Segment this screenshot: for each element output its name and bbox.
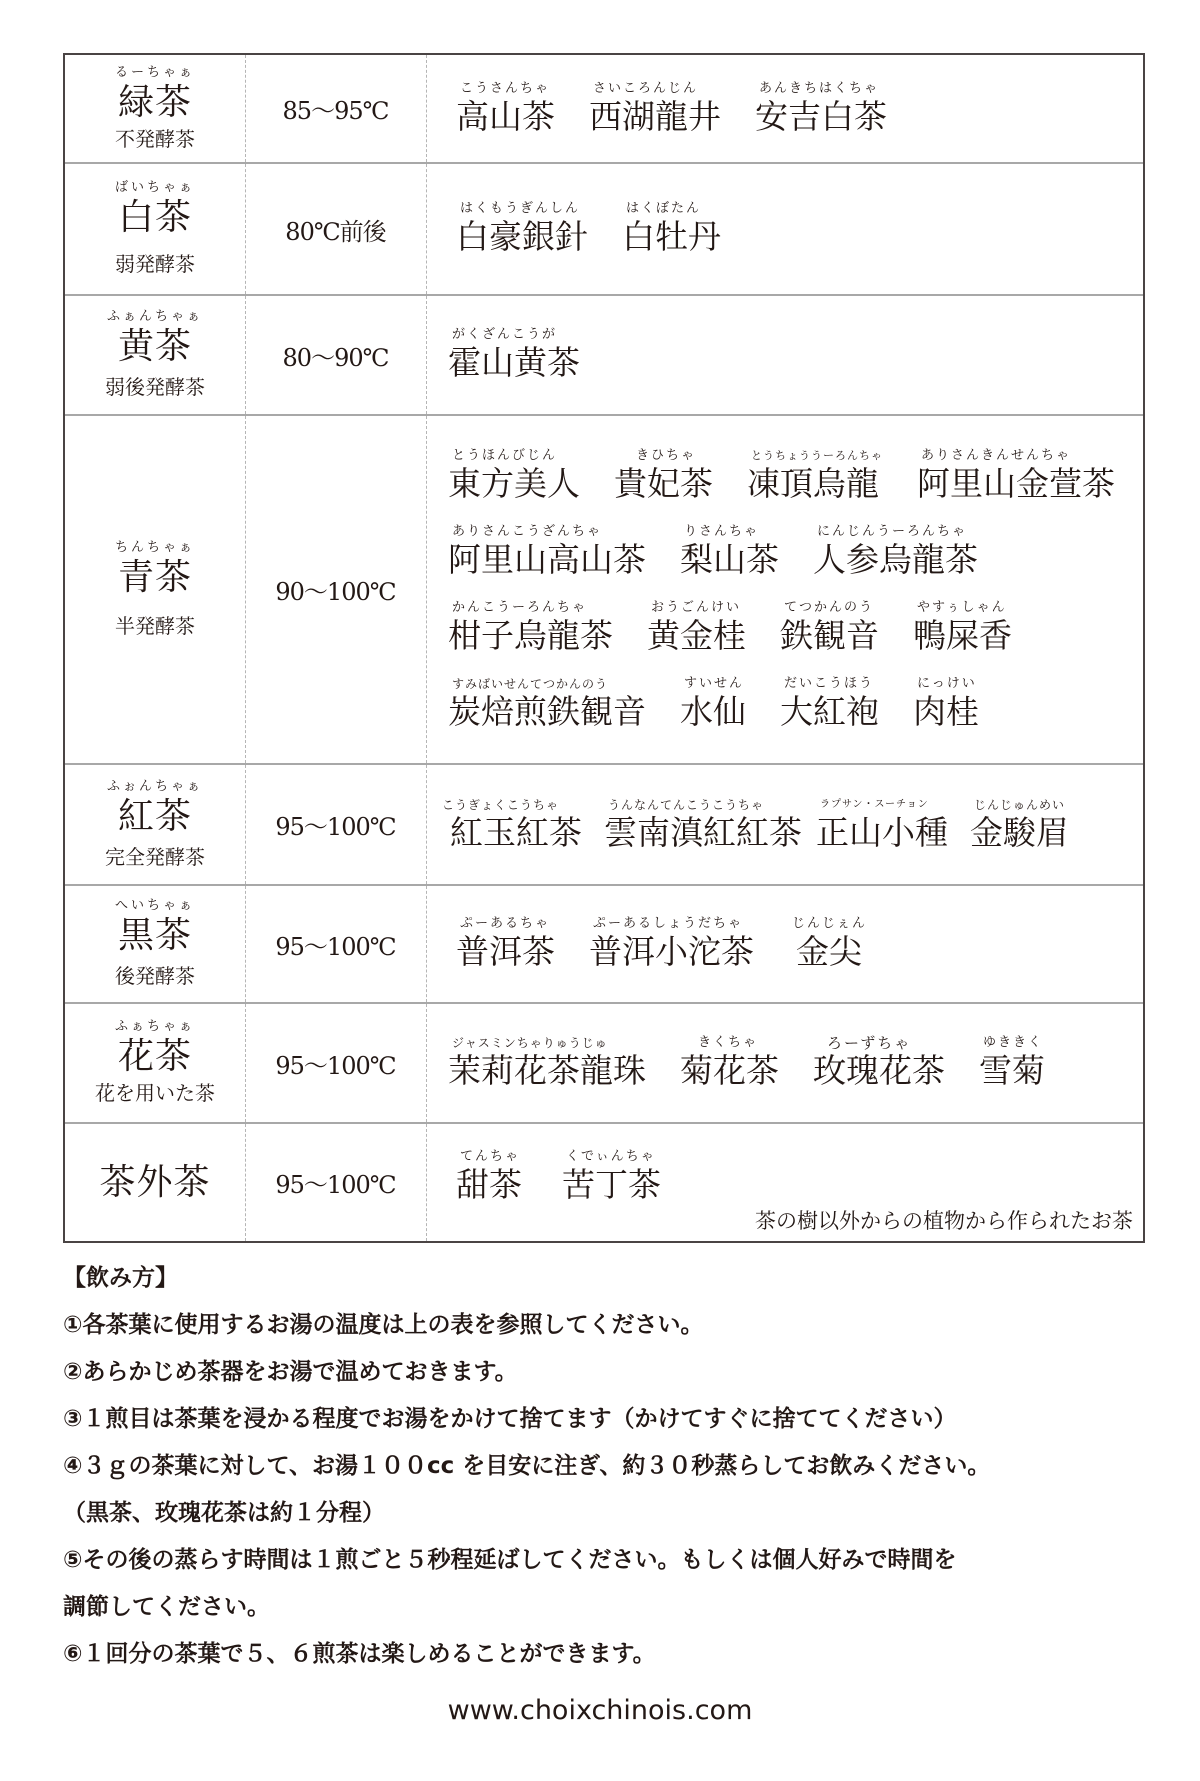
tea-item: ジャスミンちゃりゅうじゅ茉莉花茶龍珠 bbox=[448, 1035, 646, 1091]
tea-line: かんこうーろんちゃ柑子烏龍茶 おうごんけい黄金桂 てつかんのう鉄観音 やすぅしゃ… bbox=[448, 600, 1143, 656]
tea-item: じんじゅんめい金駿眉 bbox=[970, 797, 1069, 853]
tea-name: 凍頂烏龍 bbox=[747, 464, 879, 504]
category-name: 青茶 bbox=[118, 556, 192, 600]
tea-name: 雲南滇紅紅茶 bbox=[604, 813, 802, 853]
tea-item: だいこうほう大紅袍 bbox=[780, 676, 879, 732]
temperature: 95〜100℃ bbox=[245, 1004, 426, 1122]
table-row-flower-tea: ふぁちゃぁ 花茶 花を用いた茶 95〜100℃ ジャスミンちゃりゅうじゅ茉莉花茶… bbox=[65, 1004, 1143, 1124]
tea-item: きひちゃ貴妃茶 bbox=[614, 448, 713, 504]
tea-name: 正山小種 bbox=[816, 813, 948, 853]
tea-reading: じんじゅんめい bbox=[970, 797, 1065, 813]
tea-item: おうごんけい黄金桂 bbox=[647, 600, 746, 656]
tea-reading: こうぎょくこうちゃ bbox=[438, 797, 559, 813]
how-to-brew-section: 【飲み方】 ①各茶葉に使用するお湯の温度は上の表を参照してください。 ②あらかじ… bbox=[63, 1255, 1163, 1678]
tea-name: 玫瑰花茶 bbox=[813, 1051, 945, 1091]
tea-reading: きひちゃ bbox=[614, 448, 696, 464]
tea-name: 普洱小沱茶 bbox=[589, 932, 754, 972]
tea-item: すみばいせんてつかんのう炭焙煎鉄観音 bbox=[448, 676, 646, 732]
tea-reading: こうさんちゃ bbox=[456, 81, 550, 97]
how-to-step-continued: 調節してください。 bbox=[63, 1584, 1163, 1631]
category-name: 黒茶 bbox=[118, 914, 192, 958]
category-reading: へいちゃぁ bbox=[115, 898, 195, 914]
how-to-title: 【飲み方】 bbox=[63, 1255, 1163, 1302]
temperature: 95〜100℃ bbox=[245, 886, 426, 1002]
tea-name: 金駿眉 bbox=[970, 813, 1069, 853]
temperature: 95〜100℃ bbox=[245, 765, 426, 884]
how-to-step-note: （黒茶、玫瑰花茶は約１分程） bbox=[63, 1490, 1163, 1537]
temperature: 80℃前後 bbox=[245, 164, 426, 294]
category-reading: ふぁんちゃぁ bbox=[107, 309, 203, 325]
tea-item: ゆききく雪菊 bbox=[979, 1035, 1045, 1091]
tea-item: かんこうーろんちゃ柑子烏龍茶 bbox=[448, 600, 613, 656]
tea-line: こうぎょくこうちゃ紅玉紅茶 うんなんてんこうこうちゃ雲南滇紅紅茶 ラプサン・スー… bbox=[438, 797, 1143, 853]
tea-reading: ラプサン・スーチョン bbox=[816, 797, 929, 813]
how-to-step: ①各茶葉に使用するお湯の温度は上の表を参照してください。 bbox=[63, 1302, 1163, 1349]
tea-name: 茉莉花茶龍珠 bbox=[448, 1051, 646, 1091]
category-cell: ちんちゃぁ 青茶 半発酵茶 bbox=[65, 416, 245, 763]
category-reading: るーちゃぁ bbox=[115, 65, 195, 81]
tea-reading: うんなんてんこうこうちゃ bbox=[604, 797, 764, 813]
category-cell: 茶外茶 bbox=[65, 1124, 245, 1241]
category-cell: るーちゃぁ 緑茶 不発酵茶 bbox=[65, 55, 245, 162]
tea-name: 水仙 bbox=[680, 692, 746, 732]
tea-name: 高山茶 bbox=[456, 97, 555, 137]
tea-item: にんじんうーろんちゃ人参烏龍茶 bbox=[813, 524, 978, 580]
tea-reading: はくもうぎんしん bbox=[456, 201, 580, 217]
tea-reading: りさんちゃ bbox=[680, 524, 759, 540]
tea-name: 西湖龍井 bbox=[589, 97, 721, 137]
tea-name: 炭焙煎鉄観音 bbox=[448, 692, 646, 732]
tea-reading: やすぅしゃん bbox=[913, 600, 1007, 616]
category-cell: へいちゃぁ 黒茶 後発酵茶 bbox=[65, 886, 245, 1002]
tea-item: あんきちはくちゃ安吉白茶 bbox=[755, 81, 887, 137]
tea-reading: はくぼたん bbox=[622, 201, 701, 217]
tea-item: ぷーあるしょうだちゃ普洱小沱茶 bbox=[589, 916, 754, 972]
tea-name: 阿里山高山茶 bbox=[448, 540, 646, 580]
tea-item: ラプサン・スーチョン正山小種 bbox=[816, 797, 948, 853]
table-row-white-tea: ばいちゃぁ 白茶 弱発酵茶 80℃前後 はくもうぎんしん白豪銀針 はくぼたん白牡… bbox=[65, 164, 1143, 296]
tea-name: 金尖 bbox=[788, 932, 862, 972]
temperature: 90〜100℃ bbox=[245, 416, 426, 763]
tea-reading: ぷーあるちゃ bbox=[456, 916, 550, 932]
how-to-step: ④３ｇの茶葉に対して、お湯１００cc を目安に注ぎ、約３０秒蒸らしてお飲みくださ… bbox=[63, 1443, 1163, 1490]
table-row-yellow-tea: ふぁんちゃぁ 黄茶 弱後発酵茶 80〜90℃ がくざんこうが霍山黄茶 bbox=[65, 296, 1143, 416]
tea-line: てんちゃ甜茶 くでぃんちゃ苦丁茶 bbox=[456, 1149, 1143, 1205]
how-to-step: ⑤その後の蒸らす時間は１煎ごと５秒程延ばしてください。もしくは個人好みで時間を bbox=[63, 1537, 1163, 1584]
tea-name: 鉄観音 bbox=[780, 616, 879, 656]
tea-name: 鴨屎香 bbox=[913, 616, 1012, 656]
tea-reading: ろーずちゃ bbox=[813, 1035, 911, 1051]
table-row-oolong-tea: ちんちゃぁ 青茶 半発酵茶 90〜100℃ とうほんびじん東方美人 きひちゃ貴妃… bbox=[65, 416, 1143, 765]
tea-name: 大紅袍 bbox=[780, 692, 879, 732]
tea-name: 苦丁茶 bbox=[562, 1165, 661, 1205]
tea-reading: てつかんのう bbox=[780, 600, 874, 616]
category-name: 茶外茶 bbox=[99, 1161, 210, 1205]
tea-name: 人参烏龍茶 bbox=[813, 540, 978, 580]
tea-reading: だいこうほう bbox=[780, 676, 874, 692]
table-row-black-tea: ふぉんちゃぁ 紅茶 完全発酵茶 95〜100℃ こうぎょくこうちゃ紅玉紅茶 うん… bbox=[65, 765, 1143, 886]
tea-line: ありさんこうざんちゃ阿里山高山茶 りさんちゃ梨山茶 にんじんうーろんちゃ人参烏龍… bbox=[448, 524, 1143, 580]
tea-list: はくもうぎんしん白豪銀針 はくぼたん白牡丹 bbox=[426, 164, 1143, 294]
tea-name: 白豪銀針 bbox=[456, 217, 588, 257]
non-tea-plant-note: 茶の樹以外からの植物から作られたお茶 bbox=[755, 1205, 1133, 1235]
category-cell: ふぉんちゃぁ 紅茶 完全発酵茶 bbox=[65, 765, 245, 884]
tea-line: こうさんちゃ高山茶 さいころんじん西湖龍井 あんきちはくちゃ安吉白茶 bbox=[456, 81, 1143, 137]
table-row-green-tea: るーちゃぁ 緑茶 不発酵茶 85〜95℃ こうさんちゃ高山茶 さいころんじん西湖… bbox=[65, 55, 1143, 164]
tea-reading: にっけい bbox=[913, 676, 977, 692]
tea-item: てんちゃ甜茶 bbox=[456, 1149, 522, 1205]
website-url: www.choixchinois.com bbox=[0, 1695, 1200, 1726]
tea-reading: にんじんうーろんちゃ bbox=[813, 524, 967, 540]
tea-name: 肉桂 bbox=[913, 692, 979, 732]
tea-reading: ゆききく bbox=[979, 1035, 1043, 1051]
tea-item: とうほんびじん東方美人 bbox=[448, 448, 580, 504]
tea-item: はくぼたん白牡丹 bbox=[622, 201, 721, 257]
category-name: 紅茶 bbox=[118, 795, 192, 839]
tea-list: とうほんびじん東方美人 きひちゃ貴妃茶 とうちょううーろんちゃ凍頂烏龍 ありさん… bbox=[426, 416, 1143, 763]
tea-line: ぷーあるちゃ普洱茶 ぷーあるしょうだちゃ普洱小沱茶 じんじぇん金尖 bbox=[456, 916, 1143, 972]
tea-item: すいせん水仙 bbox=[680, 676, 746, 732]
tea-item: やすぅしゃん鴨屎香 bbox=[913, 600, 1012, 656]
tea-name: 梨山茶 bbox=[680, 540, 779, 580]
tea-reading: すみばいせんてつかんのう bbox=[448, 676, 608, 692]
table-row-non-tea-plant-tea: 茶外茶 95〜100℃ てんちゃ甜茶 くでぃんちゃ苦丁茶 茶の樹以外からの植物か… bbox=[65, 1124, 1143, 1241]
tea-name: 安吉白茶 bbox=[755, 97, 887, 137]
tea-item: ありさんこうざんちゃ阿里山高山茶 bbox=[448, 524, 646, 580]
category-name: 緑茶 bbox=[118, 81, 192, 125]
tea-name: 菊花茶 bbox=[680, 1051, 779, 1091]
tea-item: とうちょううーろんちゃ凍頂烏龍 bbox=[747, 448, 883, 504]
tea-reading: すいせん bbox=[680, 676, 744, 692]
tea-reading: ありさんこうざんちゃ bbox=[448, 524, 602, 540]
tea-reading: きくちゃ bbox=[680, 1035, 758, 1051]
category-name: 黄茶 bbox=[118, 325, 192, 369]
tea-line: がくざんこうが霍山黄茶 bbox=[448, 327, 1143, 383]
tea-name: 紅玉紅茶 bbox=[438, 813, 582, 853]
fermentation-type: 半発酵茶 bbox=[115, 612, 195, 640]
tea-list: こうぎょくこうちゃ紅玉紅茶 うんなんてんこうこうちゃ雲南滇紅紅茶 ラプサン・スー… bbox=[426, 765, 1143, 884]
tea-reading: ジャスミンちゃりゅうじゅ bbox=[448, 1035, 608, 1051]
category-name: 花茶 bbox=[118, 1035, 192, 1079]
tea-line: ジャスミンちゃりゅうじゅ茉莉花茶龍珠 きくちゃ菊花茶 ろーずちゃ玫瑰花茶 ゆきき… bbox=[448, 1035, 1143, 1091]
category-reading: ふぁちゃぁ bbox=[115, 1019, 195, 1035]
fermentation-type: 完全発酵茶 bbox=[105, 843, 205, 871]
tea-reading: とうほんびじん bbox=[448, 448, 557, 464]
tea-name: 東方美人 bbox=[448, 464, 580, 504]
category-name: 白茶 bbox=[118, 196, 192, 240]
how-to-step: ③１煎目は茶葉を浸かる程度でお湯をかけて捨てます（かけてすぐに捨ててください） bbox=[63, 1396, 1163, 1443]
tea-item: ありさんきんせんちゃ阿里山金萱茶 bbox=[917, 448, 1115, 504]
tea-item: はくもうぎんしん白豪銀針 bbox=[456, 201, 588, 257]
tea-line: はくもうぎんしん白豪銀針 はくぼたん白牡丹 bbox=[456, 201, 1143, 257]
table-row-dark-tea: へいちゃぁ 黒茶 後発酵茶 95〜100℃ ぷーあるちゃ普洱茶 ぷーあるしょうだ… bbox=[65, 886, 1143, 1004]
tea-reading: ありさんきんせんちゃ bbox=[917, 448, 1071, 464]
tea-reading: じんじぇん bbox=[788, 916, 867, 932]
tea-reading: おうごんけい bbox=[647, 600, 741, 616]
tea-name: 普洱茶 bbox=[456, 932, 555, 972]
tea-name: 白牡丹 bbox=[622, 217, 721, 257]
fermentation-type: 不発酵茶 bbox=[115, 125, 195, 153]
tea-reading: がくざんこうが bbox=[448, 327, 557, 343]
tea-reading: あんきちはくちゃ bbox=[755, 81, 879, 97]
tea-item: くでぃんちゃ苦丁茶 bbox=[562, 1149, 661, 1205]
category-cell: ばいちゃぁ 白茶 弱発酵茶 bbox=[65, 164, 245, 294]
tea-name: 黄金桂 bbox=[647, 616, 746, 656]
tea-list: てんちゃ甜茶 くでぃんちゃ苦丁茶 茶の樹以外からの植物から作られたお茶 bbox=[426, 1124, 1143, 1241]
how-to-step: ⑥１回分の茶葉で５、６煎茶は楽しめることができます。 bbox=[63, 1631, 1163, 1678]
fermentation-type: 弱発酵茶 bbox=[115, 250, 195, 278]
tea-item: こうさんちゃ高山茶 bbox=[456, 81, 555, 137]
temperature: 85〜95℃ bbox=[245, 55, 426, 162]
how-to-step: ②あらかじめ茶器をお湯で温めておきます。 bbox=[63, 1349, 1163, 1396]
category-cell: ふぁんちゃぁ 黄茶 弱後発酵茶 bbox=[65, 296, 245, 414]
temperature: 80〜90℃ bbox=[245, 296, 426, 414]
tea-reading: くでぃんちゃ bbox=[562, 1149, 656, 1165]
tea-line: とうほんびじん東方美人 きひちゃ貴妃茶 とうちょううーろんちゃ凍頂烏龍 ありさん… bbox=[448, 448, 1143, 504]
tea-name: 霍山黄茶 bbox=[448, 343, 580, 383]
tea-reading: さいころんじん bbox=[589, 81, 698, 97]
tea-item: にっけい肉桂 bbox=[913, 676, 979, 732]
tea-item: りさんちゃ梨山茶 bbox=[680, 524, 779, 580]
tea-name: 甜茶 bbox=[456, 1165, 522, 1205]
tea-line: すみばいせんてつかんのう炭焙煎鉄観音 すいせん水仙 だいこうほう大紅袍 にっけい… bbox=[448, 676, 1143, 732]
tea-temperature-table: るーちゃぁ 緑茶 不発酵茶 85〜95℃ こうさんちゃ高山茶 さいころんじん西湖… bbox=[63, 53, 1145, 1243]
tea-reading: てんちゃ bbox=[456, 1149, 520, 1165]
tea-item: てつかんのう鉄観音 bbox=[780, 600, 879, 656]
tea-name: 阿里山金萱茶 bbox=[917, 464, 1115, 504]
tea-item: さいころんじん西湖龍井 bbox=[589, 81, 721, 137]
fermentation-type: 後発酵茶 bbox=[115, 962, 195, 990]
tea-reading: ぷーあるしょうだちゃ bbox=[589, 916, 743, 932]
tea-name: 柑子烏龍茶 bbox=[448, 616, 613, 656]
tea-item: じんじぇん金尖 bbox=[788, 916, 867, 972]
tea-item: うんなんてんこうこうちゃ雲南滇紅紅茶 bbox=[604, 797, 802, 853]
tea-item: ぷーあるちゃ普洱茶 bbox=[456, 916, 555, 972]
category-cell: ふぁちゃぁ 花茶 花を用いた茶 bbox=[65, 1004, 245, 1122]
tea-list: がくざんこうが霍山黄茶 bbox=[426, 296, 1143, 414]
temperature: 95〜100℃ bbox=[245, 1124, 426, 1241]
fermentation-type: 花を用いた茶 bbox=[95, 1079, 215, 1107]
tea-list: ぷーあるちゃ普洱茶 ぷーあるしょうだちゃ普洱小沱茶 じんじぇん金尖 bbox=[426, 886, 1143, 1002]
category-reading: ちんちゃぁ bbox=[115, 540, 195, 556]
tea-list: こうさんちゃ高山茶 さいころんじん西湖龍井 あんきちはくちゃ安吉白茶 bbox=[426, 55, 1143, 162]
tea-item: ろーずちゃ玫瑰花茶 bbox=[813, 1035, 945, 1091]
tea-list: ジャスミンちゃりゅうじゅ茉莉花茶龍珠 きくちゃ菊花茶 ろーずちゃ玫瑰花茶 ゆきき… bbox=[426, 1004, 1143, 1122]
tea-reading: かんこうーろんちゃ bbox=[448, 600, 587, 616]
tea-name: 雪菊 bbox=[979, 1051, 1045, 1091]
tea-reading: とうちょううーろんちゃ bbox=[747, 448, 883, 464]
category-reading: ばいちゃぁ bbox=[115, 180, 195, 196]
tea-item: きくちゃ菊花茶 bbox=[680, 1035, 779, 1091]
tea-item: こうぎょくこうちゃ紅玉紅茶 bbox=[438, 797, 582, 853]
fermentation-type: 弱後発酵茶 bbox=[105, 373, 205, 401]
tea-item: がくざんこうが霍山黄茶 bbox=[448, 327, 580, 383]
category-reading: ふぉんちゃぁ bbox=[107, 779, 203, 795]
tea-name: 貴妃茶 bbox=[614, 464, 713, 504]
